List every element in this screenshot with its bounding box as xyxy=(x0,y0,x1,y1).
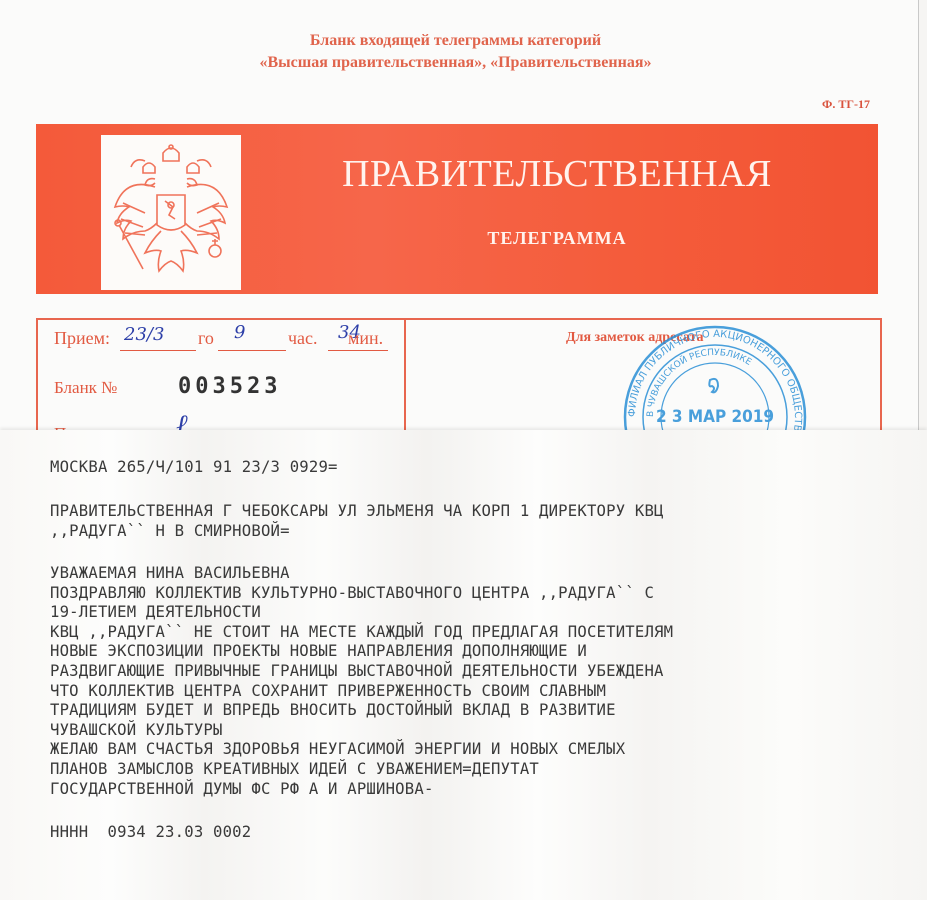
rostelecom-logo-icon xyxy=(709,379,718,393)
body-line: РАЗДВИГАЮЩИЕ ПРИВЫЧНЫЕ ГРАНИЦЫ ВЫСТАВОЧН… xyxy=(50,662,664,682)
reception-date: 23/3 xyxy=(124,324,164,345)
emblem-box xyxy=(101,135,241,290)
body-line: ПОЗДРАВЛЯЮ КОЛЛЕКТИВ КУЛЬТУРНО-ВЫСТАВОЧН… xyxy=(50,584,654,604)
service-line: МОСКВА 265/Ч/101 91 23/3 0929= xyxy=(50,458,338,478)
body-line: УВАЖАЕМАЯ НИНА ВАСИЛЬЕВНА xyxy=(50,564,290,584)
body-line: ПЛАНОВ ЗАМЫСЛОВ КРЕАТИВНЫХ ИДЕЙ С УВАЖЕН… xyxy=(50,760,539,780)
minutes-label: час. xyxy=(288,328,318,349)
blank-number-label: Бланк № xyxy=(54,378,117,398)
russian-coat-of-arms-icon xyxy=(105,139,237,285)
banner-subtitle: ТЕЛЕГРАММА xyxy=(236,228,878,249)
body-line: НОВЫЕ ЭКСПОЗИЦИИ ПРОЕКТЫ НОВЫЕ НАПРАВЛЕН… xyxy=(50,642,587,662)
body-line: ТРАДИЦИЯМ БУДЕТ И ВПРЕДЬ ВНОСИТЬ ДОСТОЙН… xyxy=(50,701,616,721)
reception-date-underline xyxy=(120,350,196,351)
body-line: ГОСУДАРСТВЕННОЙ ДУМЫ ФС РФ А И АРШИНОВА- xyxy=(50,780,434,800)
reception-hour: 9 xyxy=(234,322,245,343)
telegram-tape-strip: МОСКВА 265/Ч/101 91 23/3 0929= ПРАВИТЕЛЬ… xyxy=(0,430,927,900)
min-suffix: мин. xyxy=(348,328,383,349)
blank-number: 003523 xyxy=(178,374,281,399)
reception-label: Прием: xyxy=(54,328,110,349)
stamp-date: 2 3 МАР 2019 xyxy=(656,407,774,427)
body-line: ЧУВАШСКОЙ КУЛЬТУРЫ xyxy=(50,721,223,741)
hour-underline xyxy=(218,350,286,351)
form-code: Ф. ТГ-17 xyxy=(822,97,870,112)
body-line: КВЦ ,,РАДУГА`` НЕ СТОИТ НА МЕСТЕ КАЖДЫЙ … xyxy=(50,623,673,643)
minutes-underline xyxy=(328,350,388,351)
body-line: 19-ЛЕТИЕМ ДЕЯТЕЛЬНОСТИ xyxy=(50,603,261,623)
form-header-line2: «Высшая правительственная», «Правительст… xyxy=(0,52,919,74)
address-line-1: ПРАВИТЕЛЬСТВЕННАЯ Г ЧЕБОКСАРЫ УЛ ЭЛЬМЕНЯ… xyxy=(50,502,664,522)
address-line-2: ,,РАДУГА`` Н В СМИРНОВОЙ= xyxy=(50,522,290,542)
body-line: ЖЕЛАЮ ВАМ СЧАСТЬЯ ЗДОРОВЬЯ НЕУГАСИМОЙ ЭН… xyxy=(50,740,625,760)
body-line: ЧТО КОЛЛЕКТИВ ЦЕНТРА СОХРАНИТ ПРИВЕРЖЕНН… xyxy=(50,682,606,702)
banner-title: ПРАВИТЕЛЬСТВЕННАЯ xyxy=(236,152,878,196)
footer-line: НННН 0934 23.03 0002 xyxy=(50,823,251,843)
form-header-line1: Бланк входящей телеграммы категорий xyxy=(0,30,919,52)
banner: ПРАВИТЕЛЬСТВЕННАЯ ТЕЛЕГРАММА xyxy=(36,124,878,294)
hour-label: го xyxy=(198,328,214,349)
